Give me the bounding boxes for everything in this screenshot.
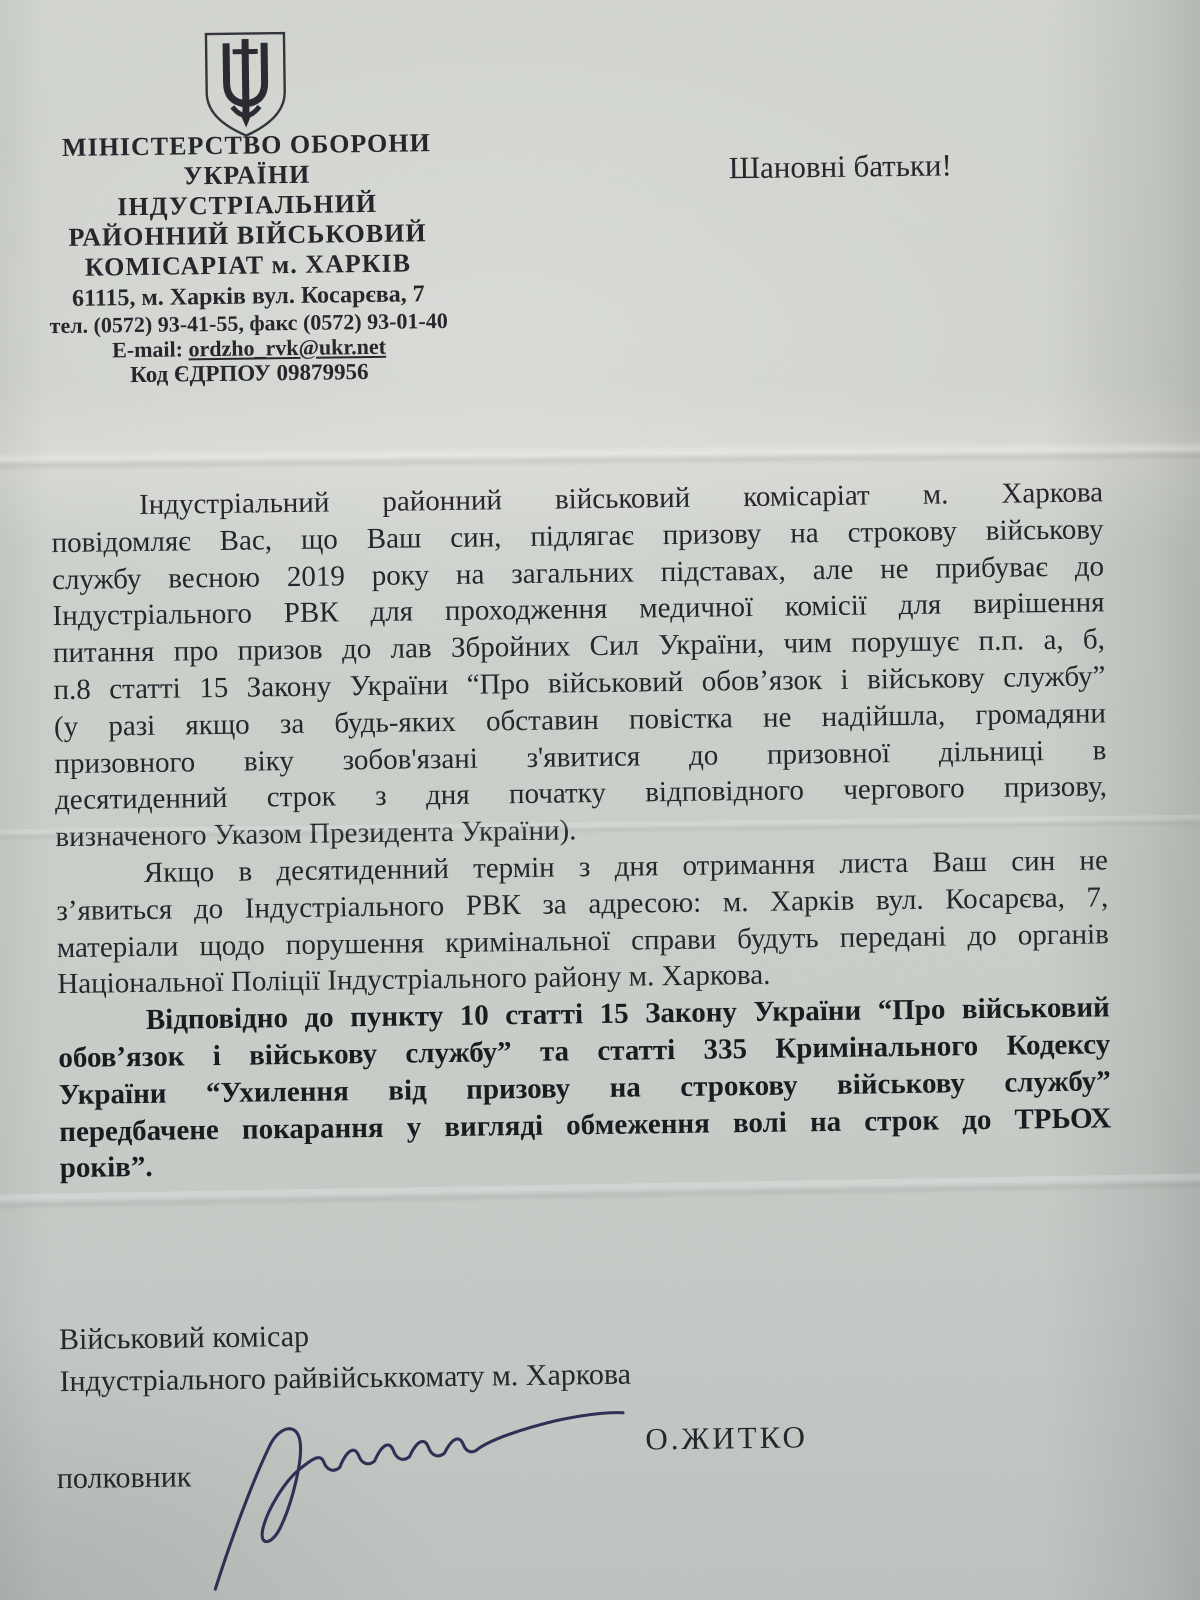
handwritten-signature <box>191 1390 644 1600</box>
text-line: МІНІСТЕРСТВО ОБОРОНИ <box>21 128 471 164</box>
letterhead: МІНІСТЕРСТВО ОБОРОНИУКРАЇНИІНДУСТРІАЛЬНИ… <box>20 28 475 389</box>
photographed-document: МІНІСТЕРСТВО ОБОРОНИУКРАЇНИІНДУСТРІАЛЬНИ… <box>0 0 1200 1600</box>
signer-role: Військовий комісар Індустріального райві… <box>59 1312 631 1403</box>
salutation: Шановні батьки! <box>729 147 953 186</box>
letter-body: Індустріальний районний військовий коміс… <box>51 474 1112 1187</box>
letterhead-title-lines: МІНІСТЕРСТВО ОБОРОНИУКРАЇНИІНДУСТРІАЛЬНИ… <box>21 128 473 284</box>
paragraph-1: Індустріальний районний військовий коміс… <box>51 474 1108 856</box>
paragraph-3-warning: Відповідно до пункту 10 статті 15 Закону… <box>58 990 1112 1188</box>
text-line: КОМІСАРІАТ м. ХАРКІВ <box>23 248 473 284</box>
ukraine-trident-emblem-icon <box>195 30 296 139</box>
signer-role-line1: Військовий комісар <box>59 1312 631 1361</box>
signer-rank: полковник <box>57 1460 192 1496</box>
signer-name: О.ЖИТКО <box>645 1419 808 1457</box>
email-label: E-mail: <box>112 336 189 362</box>
email-address: ordzho_rvk@ukr.net <box>188 334 386 362</box>
document-content: МІНІСТЕРСТВО ОБОРОНИУКРАЇНИІНДУСТРІАЛЬНИ… <box>0 0 1200 1600</box>
letterhead-edrpou-code: Код ЄДРПОУ 09879956 <box>24 358 474 389</box>
paragraph-2: Якщо в десятиденний термін з дня отриман… <box>56 842 1110 1003</box>
